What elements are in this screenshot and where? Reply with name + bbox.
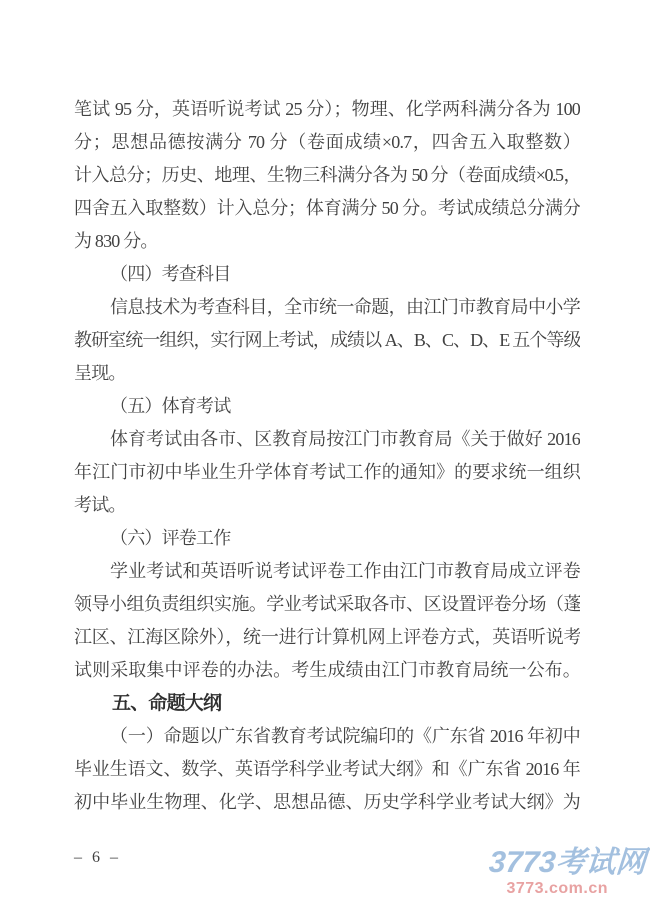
doc-text-line: （一）命题以广东省教育考试院编印的《广东省 2016 年初中 <box>74 720 580 753</box>
doc-text-line: 为 830 分。 <box>74 225 580 258</box>
document-page: 笔试 95 分，英语听说考试 25 分）；物理、化学两科满分各为 100 分；思… <box>0 0 650 919</box>
doc-text-line: 年江门市初中毕业生升学体育考试工作的通知》的要求统一组织 <box>74 456 580 489</box>
doc-text-line: 考试。 <box>74 489 580 522</box>
doc-text-line: 江区、江海区除外），统一进行计算机网上评卷方式，英语听说考 <box>74 621 580 654</box>
page-number: – 6 – <box>74 849 121 866</box>
page-footer: – 6 – <box>74 846 121 870</box>
section-heading-marking-work: （六）评卷工作 <box>74 522 580 555</box>
doc-text-line: 笔试 95 分，英语听说考试 25 分）；物理、化学两科满分各为 100 <box>74 93 580 126</box>
doc-text-line: 学业考试和英语听说考试评卷工作由江门市教育局成立评卷 <box>74 555 580 588</box>
doc-text-line: 分；思想品德按满分 70 分（卷面成绩×0.7，四舍五入取整数） <box>74 126 580 159</box>
doc-text-line: 试则采取集中评卷的办法。考生成绩由江门市教育局统一公布。 <box>74 654 580 687</box>
doc-text-line: 教研室统一组织，实行网上考试，成绩以 A、B、C、D、E 五个等级 <box>74 324 580 357</box>
doc-text-line: 初中毕业生物理、化学、思想品德、历史学科学业考试大纲》为 <box>74 786 580 819</box>
doc-text-line: 呈现。 <box>74 357 580 390</box>
chapter-heading-proposition-outline: 五、命题大纲 <box>74 687 580 720</box>
section-heading-examined-subjects: （四）考查科目 <box>74 258 580 291</box>
doc-text-line: 计入总分；历史、地理、生物三科满分各为 50 分（卷面成绩×0.5， <box>74 159 580 192</box>
watermark: 3773考试网 3773.com.cn <box>489 848 646 897</box>
doc-text-line: 信息技术为考查科目，全市统一命题，由江门市教育局中小学 <box>74 291 580 324</box>
document-body: 笔试 95 分，英语听说考试 25 分）；物理、化学两科满分各为 100 分；思… <box>74 93 580 819</box>
watermark-logo-text: 3773考试网 <box>488 848 647 878</box>
doc-text-line: 毕业生语文、数学、英语学科学业考试大纲》和《广东省 2016 年 <box>74 753 580 786</box>
doc-text-line: 体育考试由各市、区教育局按江门市教育局《关于做好 2016 <box>74 423 580 456</box>
watermark-site-url: 3773.com.cn <box>489 881 608 897</box>
doc-text-line: 领导小组负责组织实施。学业考试采取各市、区设置评卷分场（蓬 <box>74 588 580 621</box>
section-heading-pe-exam: （五）体育考试 <box>74 390 580 423</box>
doc-text-line: 四舍五入取整数）计入总分；体育满分 50 分。考试成绩总分满分 <box>74 192 580 225</box>
